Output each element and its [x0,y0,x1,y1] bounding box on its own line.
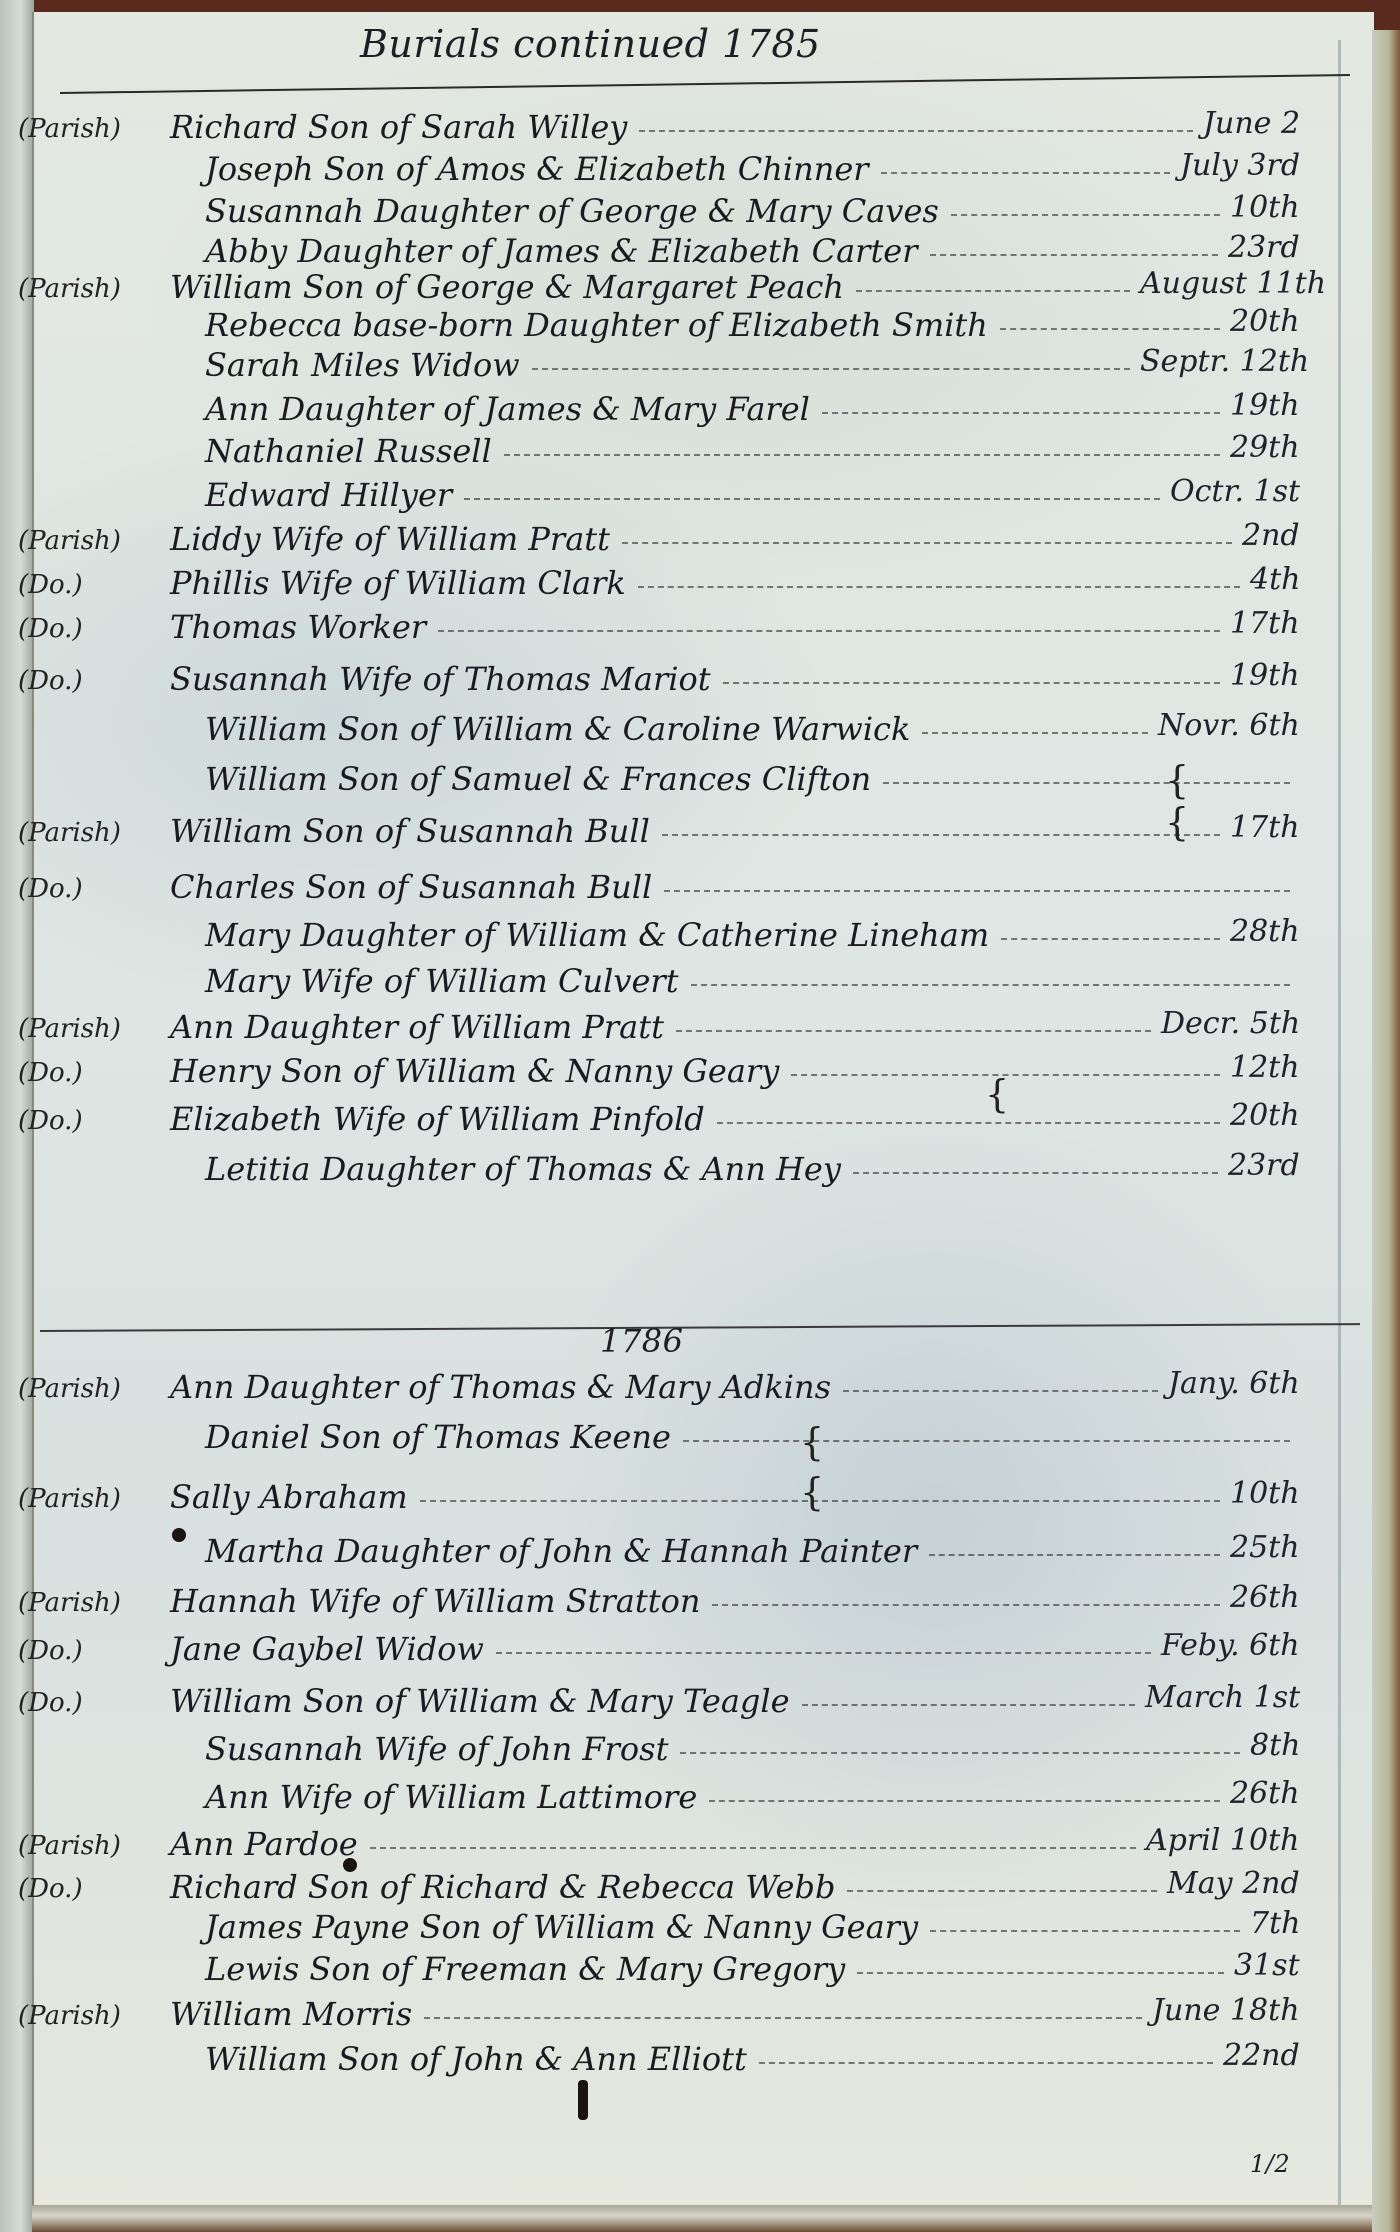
parish-marker: (Parish) [18,818,121,848]
burial-date: Jany. 6th [1168,1366,1300,1401]
burial-name: Rebecca base-born Daughter of Elizabeth … [205,306,988,344]
burial-name: Ann Wife of William Lattimore [205,1778,697,1816]
leader-dashes [464,498,1160,500]
leader-dashes [930,1930,1240,1932]
burial-date: 26th [1230,1776,1300,1811]
ink-blot [172,1528,186,1542]
leader-dashes [676,1030,1151,1032]
leader-dashes [424,2017,1142,2019]
burial-name: Henry Son of William & Nanny Geary [170,1052,779,1090]
leader-dashes [662,834,1220,836]
burial-name: Liddy Wife of William Pratt [170,520,610,558]
burial-name: Abby Daughter of James & Elizabeth Carte… [205,232,918,270]
burial-entry: (Parish)Ann Daughter of Thomas & Mary Ad… [0,1368,1340,1414]
burial-date: 8th [1250,1728,1300,1763]
burial-date: Decr. 5th [1161,1006,1300,1041]
burial-date: 20th [1230,1098,1300,1133]
parish-marker: (Parish) [18,114,121,144]
leader-dashes [496,1652,1151,1654]
burial-date: 2nd [1242,518,1300,553]
folio-mark: 1/2 [1250,2150,1290,2178]
parish-marker: (Do.) [18,614,83,644]
burial-entry: (Parish)Ann PardoeApril 10th [0,1825,1340,1871]
page-bottom-edge [32,2205,1372,2232]
leader-dashes [802,1704,1135,1706]
year-heading-1786: 1786 [600,1322,683,1360]
burial-name: Jane Gaybel Widow [170,1630,484,1668]
brace-mark: { [1165,800,1189,844]
leader-dashes [843,1390,1158,1392]
burial-date: 31st [1234,1948,1300,1983]
leader-dashes [1000,328,1220,330]
burial-date: 10th [1230,190,1300,225]
leader-dashes [683,1440,1290,1442]
burial-entry: William Son of John & Ann Elliott22nd [0,2040,1340,2086]
burial-entry: Edward HillyerOctr. 1st [0,476,1340,522]
burial-name: Lewis Son of Freeman & Mary Gregory [205,1950,845,1988]
parish-marker: (Parish) [18,1374,121,1404]
burial-name: Hannah Wife of William Stratton [170,1582,700,1620]
burial-name: William Son of Samuel & Frances Clifton [205,760,871,798]
leader-dashes [691,984,1290,986]
parish-marker: (Do.) [18,1874,83,1904]
parish-marker: (Parish) [18,1014,121,1044]
leader-dashes [759,2062,1213,2064]
leader-dashes [856,290,1130,292]
parish-marker: (Do.) [18,1058,83,1088]
leader-dashes [951,214,1220,216]
parish-marker: (Do.) [18,570,83,600]
leader-dashes [1001,938,1220,940]
burial-entry: (Parish)William MorrisJune 18th [0,1995,1340,2041]
burial-entry: (Do.)Jane Gaybel WidowFeby. 6th [0,1630,1340,1676]
burial-entry: Mary Wife of William Culvert [0,962,1340,1008]
leader-dashes [847,1890,1157,1892]
burial-entry: (Parish)William Son of Susannah Bull17th [0,812,1340,858]
burial-name: Mary Daughter of William & Catherine Lin… [205,916,989,954]
leader-dashes [622,542,1232,544]
leader-dashes [504,454,1220,456]
parish-marker: (Parish) [18,1588,121,1618]
burial-date: 23rd [1228,230,1300,265]
burial-date: August 11th [1140,266,1326,301]
burial-date: 4th [1250,562,1300,597]
burial-name: Phillis Wife of William Clark [170,564,626,602]
ink-blot [343,1858,357,1872]
burial-entry: (Parish)Richard Son of Sarah WilleyJune … [0,108,1340,154]
burial-date: 20th [1230,304,1300,339]
burial-entry: (Do.)Phillis Wife of William Clark4th [0,564,1340,610]
burial-name: William Son of William & Caroline Warwic… [205,710,910,748]
parish-marker: (Do.) [18,874,83,904]
burial-date: April 10th [1146,1823,1300,1858]
leader-dashes [853,1172,1218,1174]
burial-date: 22nd [1223,2038,1300,2073]
burial-date: 23rd [1228,1148,1300,1183]
burial-date: 28th [1230,914,1300,949]
burial-date: Septr. 12th [1140,344,1309,379]
burial-entry: (Do.)Elizabeth Wife of William Pinfold20… [0,1100,1340,1146]
leader-dashes [881,172,1170,174]
leader-dashes [857,1972,1224,1974]
burial-entry: William Son of William & Caroline Warwic… [0,710,1340,756]
burial-entry: (Parish)Hannah Wife of William Stratton2… [0,1582,1340,1628]
burial-name: Edward Hillyer [205,476,452,514]
burial-entry: (Do.)Thomas Worker17th [0,608,1340,654]
burial-entry: (Parish)Liddy Wife of William Pratt2nd [0,520,1340,566]
burial-entry: (Do.)Henry Son of William & Nanny Geary1… [0,1052,1340,1098]
burial-date: 19th [1230,388,1300,423]
burial-name: Sarah Miles Widow [205,346,520,384]
burial-entry: Susannah Wife of John Frost8th [0,1730,1340,1776]
burial-entry: (Do.)William Son of William & Mary Teagl… [0,1682,1340,1728]
burial-name: Mary Wife of William Culvert [205,962,679,1000]
burial-date: 17th [1230,810,1300,845]
brace-mark: { [1165,758,1189,802]
leader-dashes [929,1554,1220,1556]
burial-entry: Daniel Son of Thomas Keene [0,1418,1340,1464]
leader-dashes [922,732,1148,734]
parish-marker: (Parish) [18,1831,121,1861]
parish-marker: (Parish) [18,526,121,556]
burial-name: Ann Pardoe [170,1825,358,1863]
burial-name: Ann Daughter of James & Mary Farel [205,390,810,428]
leader-dashes [883,782,1290,784]
burial-date: 17th [1230,606,1300,641]
burial-name: Daniel Son of Thomas Keene [205,1418,671,1456]
parish-marker: (Do.) [18,1636,83,1666]
leader-dashes [370,1847,1136,1849]
burial-name: Sally Abraham [170,1478,408,1516]
burial-name: Ann Daughter of William Pratt [170,1008,664,1046]
burial-entry: (Parish)Sally Abraham10th [0,1478,1340,1524]
leader-dashes [438,630,1220,632]
leader-dashes [638,586,1240,588]
burial-entry: William Son of Samuel & Frances Clifton [0,760,1340,806]
burial-name: William Son of John & Ann Elliott [205,2040,747,2078]
ink-streak [578,2080,588,2120]
burial-entry: (Do.)Charles Son of Susannah Bull [0,868,1340,914]
burial-entry: Mary Daughter of William & Catherine Lin… [0,916,1340,962]
burial-name: Martha Daughter of John & Hannah Painter [205,1532,917,1570]
leader-dashes [709,1800,1220,1802]
parish-marker: (Parish) [18,2001,121,2031]
burial-date: Feby. 6th [1161,1628,1300,1663]
burial-date: 29th [1230,430,1300,465]
burial-name: Letitia Daughter of Thomas & Ann Hey [205,1150,841,1188]
parish-marker: (Parish) [18,1484,121,1514]
burial-entry: (Parish)Ann Daughter of William PrattDec… [0,1008,1340,1054]
page-title: Burials continued 1785 [360,22,821,66]
burial-name: William Son of William & Mary Teagle [170,1682,790,1720]
burial-entry: Lewis Son of Freeman & Mary Gregory31st [0,1950,1340,1996]
parish-marker: (Do.) [18,1106,83,1136]
burial-entry: Ann Wife of William Lattimore26th [0,1778,1340,1824]
burial-date: June 18th [1152,1993,1300,2028]
burial-name: James Payne Son of William & Nanny Geary [205,1908,918,1946]
brace-mark: { [985,1072,1009,1116]
burial-entry: (Do.)Susannah Wife of Thomas Mariot19th [0,660,1340,706]
burial-date: Octr. 1st [1170,474,1300,509]
burial-date: 10th [1230,1476,1300,1511]
burial-name: Elizabeth Wife of William Pinfold [170,1100,705,1138]
burial-date: 7th [1250,1906,1300,1941]
burial-entry: Nathaniel Russell29th [0,432,1340,478]
burial-name: William Son of Susannah Bull [170,812,650,850]
burial-date: July 3rd [1180,148,1300,183]
page-edge-right [1372,30,1400,2232]
burial-date: 19th [1230,658,1300,693]
burial-entry: Joseph Son of Amos & Elizabeth ChinnerJu… [0,150,1340,196]
burial-name: Richard Son of Richard & Rebecca Webb [170,1868,835,1906]
leader-dashes [930,254,1218,256]
brace-mark: { [800,1420,824,1464]
leader-dashes [712,1604,1220,1606]
burial-name: Joseph Son of Amos & Elizabeth Chinner [205,150,869,188]
burial-entry: James Payne Son of William & Nanny Geary… [0,1908,1340,1954]
burial-entry: Letitia Daughter of Thomas & Ann Hey23rd [0,1150,1340,1196]
burial-name: Richard Son of Sarah Willey [170,108,627,146]
burial-date: May 2nd [1167,1866,1300,1901]
burial-date: March 1st [1145,1680,1300,1715]
parish-marker: (Do.) [18,1688,83,1718]
burial-name: Nathaniel Russell [205,432,492,470]
leader-dashes [532,368,1130,370]
burial-entry: Ann Daughter of James & Mary Farel19th [0,390,1340,436]
leader-dashes [717,1122,1220,1124]
burial-date: June 2 [1203,106,1300,141]
burial-name: William Son of George & Margaret Peach [170,268,844,306]
leader-dashes [723,682,1220,684]
leader-dashes [639,130,1193,132]
leader-dashes [680,1752,1240,1754]
burial-name: William Morris [170,1995,412,2033]
burial-entry: Martha Daughter of John & Hannah Painter… [0,1532,1340,1578]
burial-name: Susannah Daughter of George & Mary Caves [205,192,939,230]
burial-date: Novr. 6th [1158,708,1300,743]
parish-marker: (Do.) [18,666,83,696]
burial-date: 25th [1230,1530,1300,1565]
burial-name: Susannah Wife of John Frost [205,1730,668,1768]
leader-dashes [822,412,1220,414]
burial-name: Charles Son of Susannah Bull [170,868,652,906]
parish-marker: (Parish) [18,274,121,304]
burial-date: 26th [1230,1580,1300,1615]
burial-date: 12th [1230,1050,1300,1085]
burial-name: Ann Daughter of Thomas & Mary Adkins [170,1368,831,1406]
burial-name: Susannah Wife of Thomas Mariot [170,660,711,698]
burial-entry: Sarah Miles WidowSeptr. 12th [0,346,1340,392]
burial-name: Thomas Worker [170,608,426,646]
brace-mark: { [800,1470,824,1514]
leader-dashes [664,890,1290,892]
